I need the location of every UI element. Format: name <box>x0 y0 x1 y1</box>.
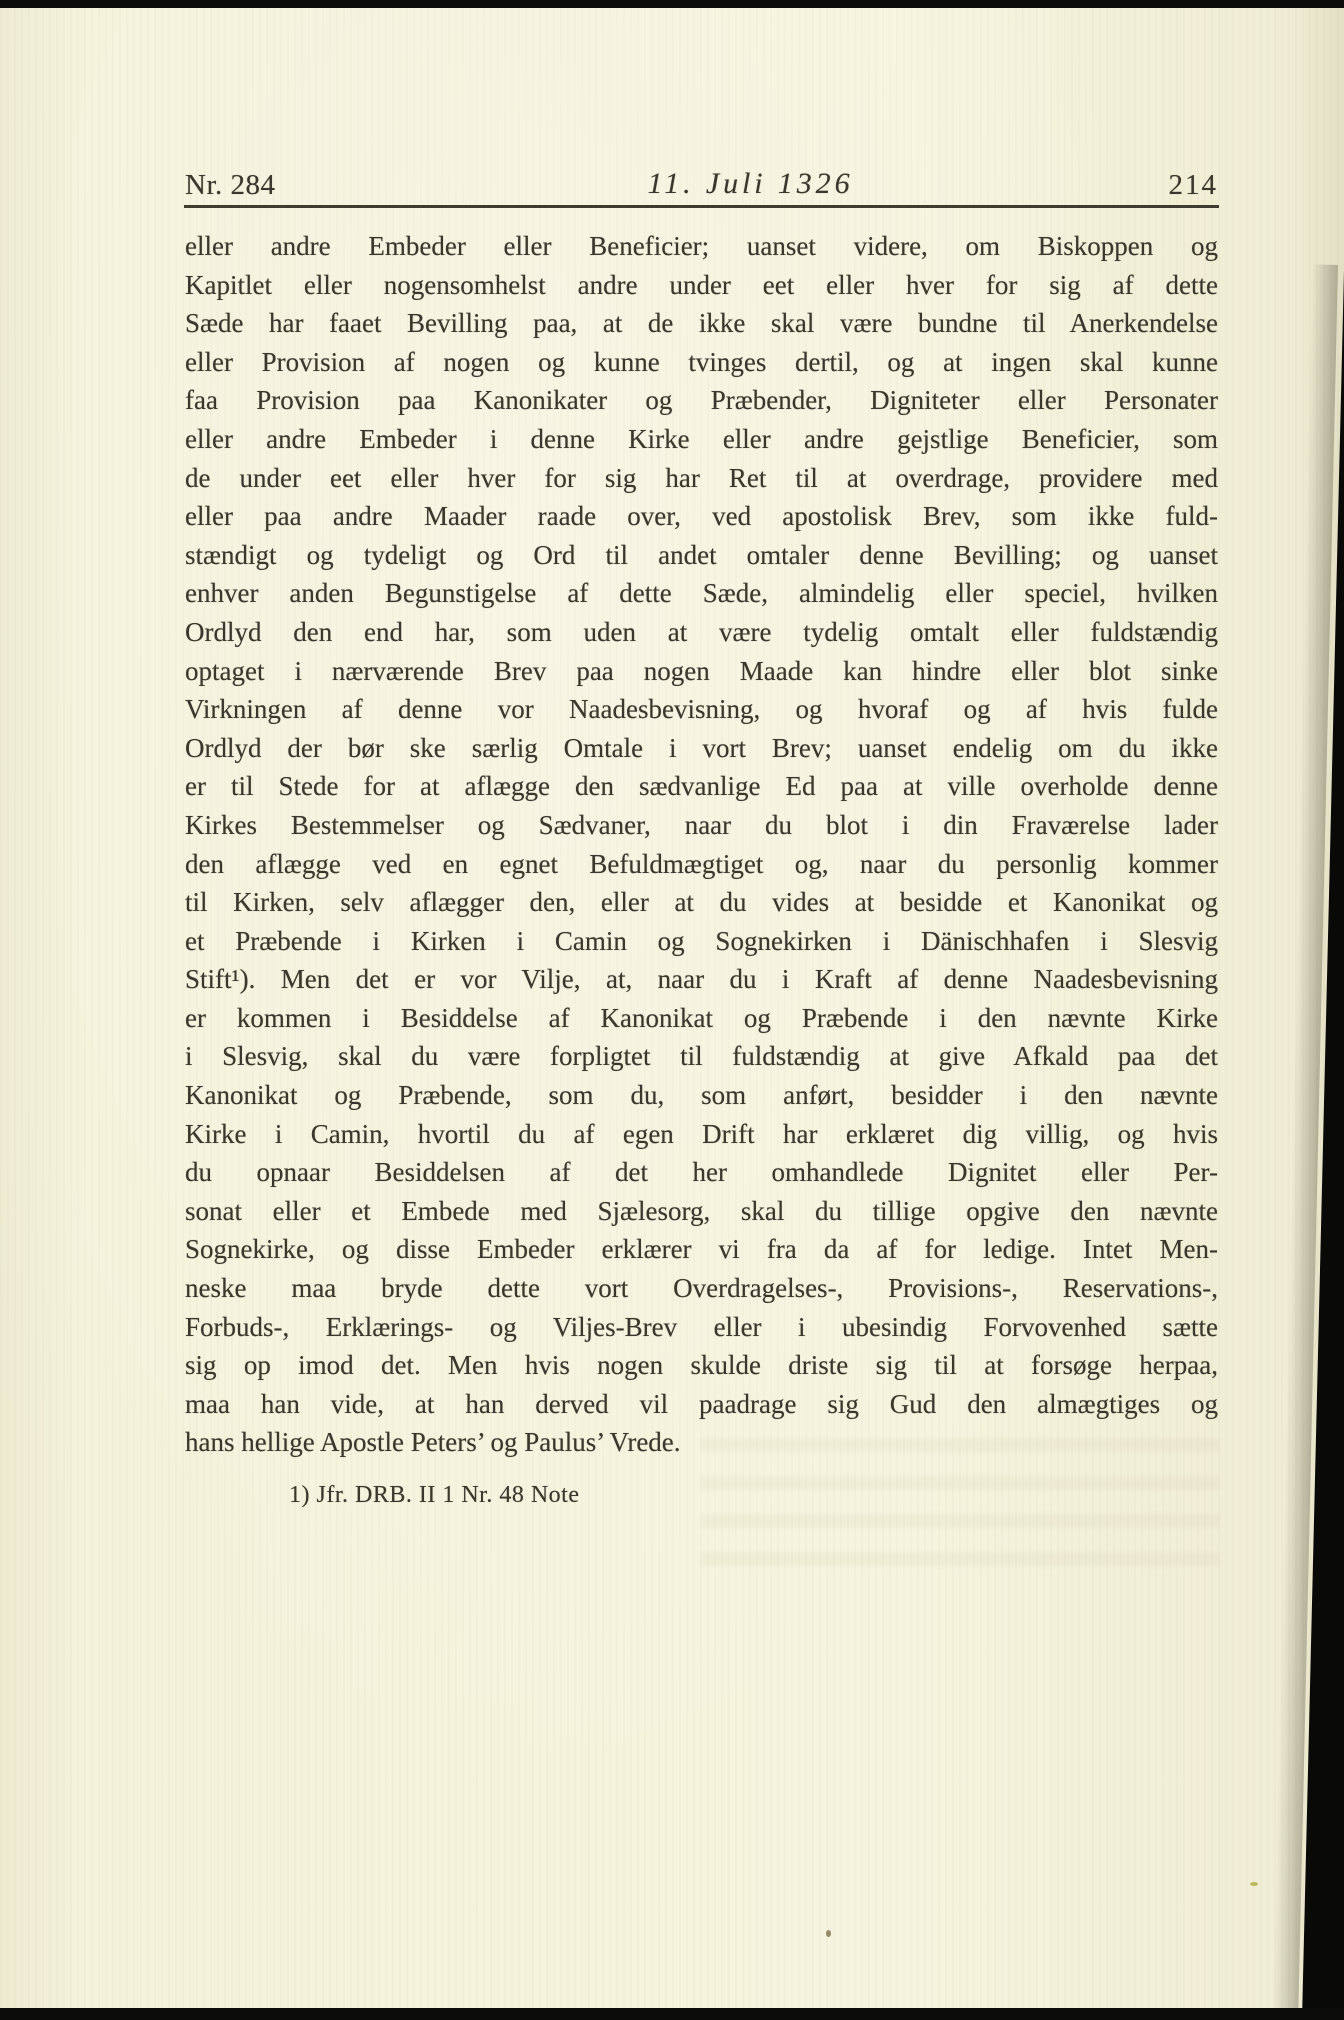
text-line: hans hellige Apostle Peters’ og Paulus’ … <box>185 1423 1218 1462</box>
text-line: maa han vide, at han derved vil paadrage… <box>185 1385 1218 1424</box>
text-line: Virkningen af denne vor Naadesbevisning,… <box>185 690 1218 729</box>
text-line: sig op imod det. Men hvis nogen skulde d… <box>185 1346 1218 1385</box>
footnote: 1) Jfr. DRB. II 1 Nr. 48 Note <box>289 1482 579 1509</box>
text-line: eller andre Embeder i denne Kirke eller … <box>185 420 1218 459</box>
header-rule <box>184 205 1219 208</box>
text-line: Kapitlet eller nogensomhelst andre under… <box>185 266 1218 305</box>
paper-speck <box>1250 1882 1258 1886</box>
page-header: Nr. 284 11. Juli 1326 214 <box>185 167 1218 209</box>
entry-number: Nr. 284 <box>185 169 276 202</box>
text-line: neske maa bryde dette vort Overdragelses… <box>185 1269 1218 1308</box>
text-line: er kommen i Besiddelse af Kanonikat og P… <box>185 999 1218 1038</box>
text-line: eller andre Embeder eller Beneficier; ua… <box>185 227 1218 266</box>
paper-speck <box>826 1930 831 1937</box>
text-line: Ordlyd der bør ske særlig Omtale i vort … <box>185 729 1218 768</box>
text-line: Ordlyd den end har, som uden at være tyd… <box>185 613 1218 652</box>
date-heading: 11. Juli 1326 <box>648 167 854 201</box>
text-line: til Kirken, selv aflægger den, eller at … <box>185 883 1218 922</box>
text-line: faa Provision paa Kanonikater og Præbend… <box>185 381 1218 420</box>
text-line: er til Stede for at aflægge den sædvanli… <box>185 767 1218 806</box>
text-line: sonat eller et Embede med Sjælesorg, ska… <box>185 1192 1218 1231</box>
text-line: de under eet eller hver for sig har Ret … <box>185 459 1218 498</box>
text-line: Kirkes Bestemmelser og Sædvaner, naar du… <box>185 806 1218 845</box>
text-line: Forbuds-, Erklærings- og Viljes-Brev ell… <box>185 1308 1218 1347</box>
text-line: Kanonikat og Præbende, som du, som anfør… <box>185 1076 1218 1115</box>
scan-edge-bottom <box>0 2008 1344 2020</box>
text-line: optaget i nærværende Brev paa nogen Maad… <box>185 652 1218 691</box>
text-line: stændigt og tydeligt og Ord til andet om… <box>185 536 1218 575</box>
body-text: eller andre Embeder eller Beneficier; ua… <box>185 227 1218 1462</box>
text-line: du opnaar Besiddelsen af det her omhandl… <box>185 1153 1218 1192</box>
text-line: Stift¹). Men det er vor Vilje, at, naar … <box>185 960 1218 999</box>
text-line: Sæde har faaet Bevilling paa, at de ikke… <box>185 304 1218 343</box>
text-line: eller paa andre Maader raade over, ved a… <box>185 497 1218 536</box>
scanned-book-page: Nr. 284 11. Juli 1326 214 eller andre Em… <box>0 0 1344 2020</box>
scan-edge-top <box>0 0 1344 8</box>
text-line: et Præbende i Kirken i Camin og Sognekir… <box>185 922 1218 961</box>
page-number: 214 <box>1169 169 1219 202</box>
text-line: i Slesvig, skal du være forpligtet til f… <box>185 1037 1218 1076</box>
text-line: Sognekirke, og disse Embeder erklærer vi… <box>185 1230 1218 1269</box>
text-line: den aflægge ved en egnet Befuldmægtiget … <box>185 845 1218 884</box>
text-line: enhver anden Begunstigelse af dette Sæde… <box>185 574 1218 613</box>
text-line: Kirke i Camin, hvortil du af egen Drift … <box>185 1115 1218 1154</box>
text-line: eller Provision af nogen og kunne tvinge… <box>185 343 1218 382</box>
